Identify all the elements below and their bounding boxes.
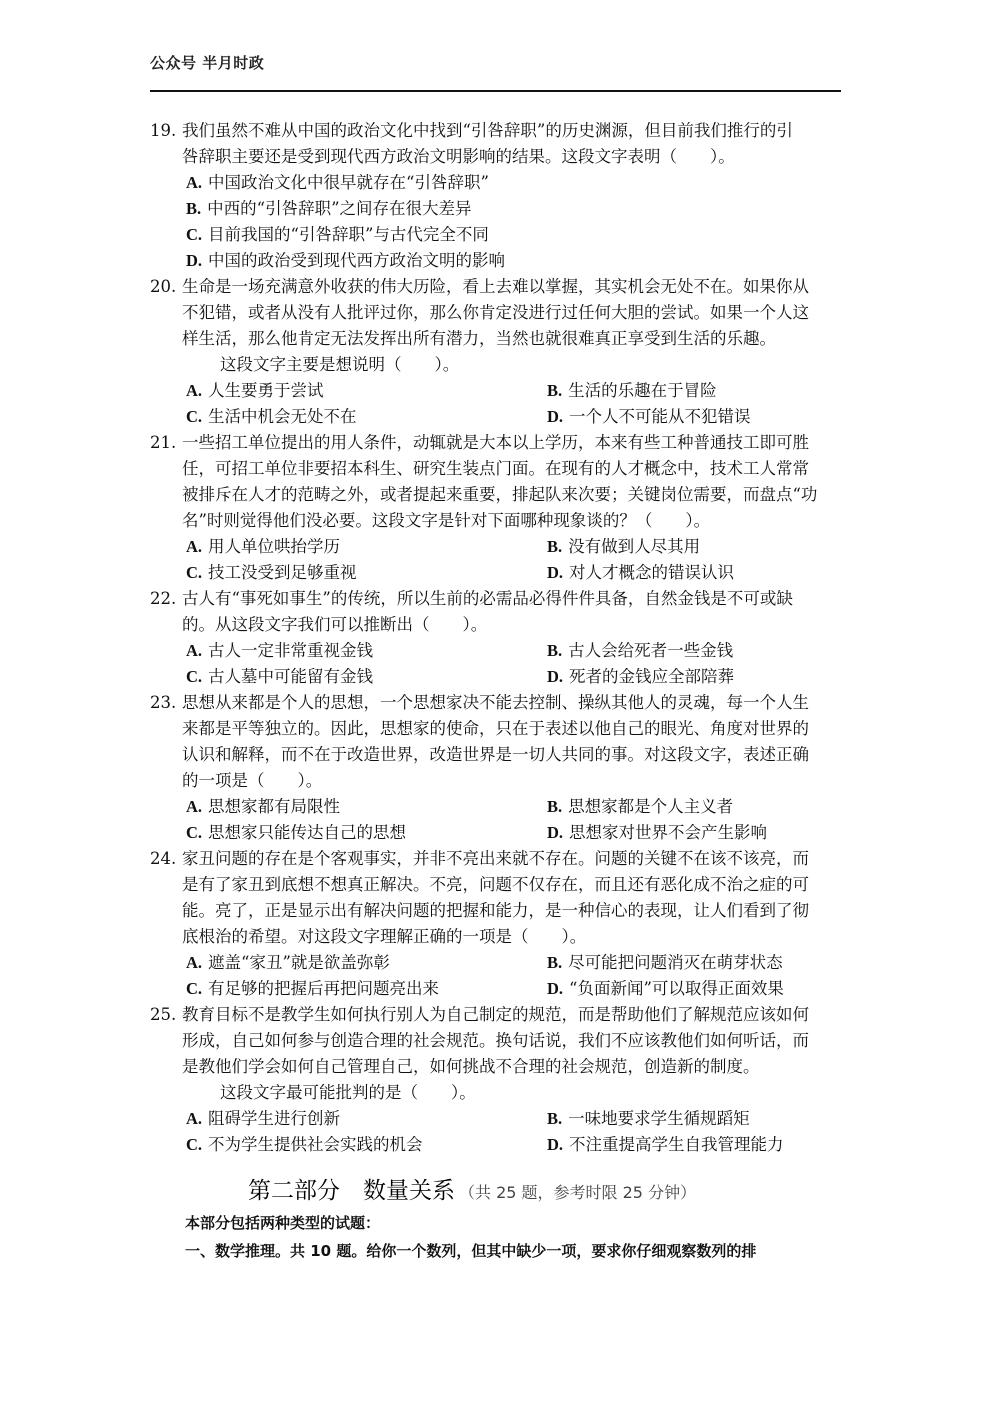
option-d: D.中国的政治受到现代西方政治文明的影响: [150, 248, 841, 274]
questions-container: 19.我们虽然不难从中国的政治文化中找到“引咎辞职”的历史渊源，但目前我们推行的…: [150, 118, 841, 1158]
question-24: 24.家丑问题的存在是个客观事实，并非不亮出来就不存在。问题的关键不在该不该亮，…: [150, 846, 841, 1002]
question-text: 样生活，那么他肯定无法发挥出所有潜力，当然也就很难真正享受到生活的乐趣。: [150, 326, 841, 352]
question-text: 家丑问题的存在是个客观事实，并非不亮出来就不存在。问题的关键不在该不该亮，而: [182, 849, 809, 868]
option-a: A.古人一定非常重视金钱: [186, 638, 373, 664]
option-d: D.一个人不可能从不犯错误: [547, 404, 751, 430]
options-row: A.用人单位哄抬学历 B.没有做到人尽其用: [150, 534, 841, 560]
option-c: C.古人墓中可能留有金钱: [186, 664, 373, 690]
option-a: A.阻碍学生进行创新: [186, 1106, 340, 1132]
option-c: C.不为学生提供社会实践的机会: [186, 1132, 423, 1158]
question-text: 形成，自己如何参与创造合理的社会规范。换句话说，我们不应该教他们如何听话，而: [150, 1028, 841, 1054]
option-d: D.不注重提高学生自我管理能力: [547, 1132, 784, 1158]
question-number: 21.: [150, 430, 182, 456]
options-row: C.不为学生提供社会实践的机会 D.不注重提高学生自我管理能力: [150, 1132, 841, 1158]
options-row: A.阻碍学生进行创新 B.一味地要求学生循规蹈矩: [150, 1106, 841, 1132]
question-number: 23.: [150, 690, 182, 716]
section-item-1: 一、数学推理。共 10 题。给你一个数列，但其中缺少一项，要求你仔细观察数列的排: [185, 1240, 756, 1261]
option-b: B.一味地要求学生循规蹈矩: [547, 1106, 750, 1132]
question-text: 任，可招工单位非要招本科生、研究生装点门面。在现有的人才概念中，技术工人常常: [150, 456, 841, 482]
option-a: A.思想家都有局限性: [186, 794, 340, 820]
option-c: C.有足够的把握后再把问题亮出来: [186, 976, 439, 1002]
question-text: 的一项是（ ）。: [150, 768, 841, 794]
section-intro: 本部分包括两种类型的试题：: [185, 1212, 380, 1233]
question-text: 不犯错，或者从没有人批评过你，那么你肯定没进行过任何大胆的尝试。如果一个人这: [150, 300, 841, 326]
option-c: C.生活中机会无处不在: [186, 404, 357, 430]
question-text: 的。从这段文字我们可以推断出（ ）。: [150, 612, 841, 638]
section-heading: 第二部分 数量关系（共 25 题，参考时限 25 分钟）: [248, 1172, 696, 1205]
options-row: A.遮盖“家丑”就是欲盖弥彰 B.尽可能把问题消灭在萌芽状态: [150, 950, 841, 976]
section-subtitle: （共 25 题，参考时限 25 分钟）: [459, 1183, 696, 1202]
question-text: 来都是平等独立的。因此，思想家的使命，只在于表述以他自己的眼光、角度对世界的: [150, 716, 841, 742]
options-row: C.技工没受到足够重视 D.对人才概念的错误认识: [150, 560, 841, 586]
question-text: 生命是一场充满意外收获的伟大历险，看上去难以掌握，其实机会无处不在。如果你从: [182, 277, 809, 296]
option-d: D.对人才概念的错误认识: [547, 560, 734, 586]
options-row: A.古人一定非常重视金钱 B.古人会给死者一些金钱: [150, 638, 841, 664]
option-a: A.中国政治文化中很早就存在“引咎辞职”: [150, 170, 841, 196]
question-text: 我们虽然不难从中国的政治文化中找到“引咎辞职”的历史渊源，但目前我们推行的引: [182, 121, 793, 140]
question-number: 22.: [150, 586, 182, 612]
option-b: B.思想家都是个人主义者: [547, 794, 733, 820]
options-row: C.思想家只能传达自己的思想 D.思想家对世界不会产生影响: [150, 820, 841, 846]
question-number: 25.: [150, 1002, 182, 1028]
option-b: B.没有做到人尽其用: [547, 534, 700, 560]
question-text: 名”时则觉得他们没必要。这段文字是针对下面哪种现象谈的？（ ）。: [150, 508, 841, 534]
option-b: B.生活的乐趣在于冒险: [547, 378, 717, 404]
option-c: C.目前我国的“引咎辞职”与古代完全不同: [150, 222, 841, 248]
option-d: D.“负面新闻”可以取得正面效果: [547, 976, 784, 1002]
question-text: 是教他们学会如何自己管理自己，如何挑战不合理的社会规范，创造新的制度。: [150, 1054, 841, 1080]
page-header: 公众号 半月时政: [150, 52, 264, 73]
header-divider: [150, 90, 841, 92]
question-text: 是有了家丑到底想不想真正解决。不亮，问题不仅存在，而且还有恶化成不治之症的可: [150, 872, 841, 898]
question-text: 古人有“事死如事生”的传统，所以生前的必需品必得件件具备，自然金钱是不可或缺: [182, 589, 793, 608]
section-title: 第二部分 数量关系: [248, 1178, 455, 1204]
question-25: 25.教育目标不是教学生如何执行别人为自己制定的规范，而是帮助他们了解规范应该如…: [150, 1002, 841, 1158]
option-b: B.尽可能把问题消灭在萌芽状态: [547, 950, 783, 976]
options-row: A.思想家都有局限性 B.思想家都是个人主义者: [150, 794, 841, 820]
options-row: C.古人墓中可能留有金钱 D.死者的金钱应全部陪葬: [150, 664, 841, 690]
question-number: 24.: [150, 846, 182, 872]
question-19: 19.我们虽然不难从中国的政治文化中找到“引咎辞职”的历史渊源，但目前我们推行的…: [150, 118, 841, 274]
question-text: 认识和解释，而不在于改造世界，改造世界是一切人共同的事。对这段文字，表述正确: [150, 742, 841, 768]
option-b: B.古人会给死者一些金钱: [547, 638, 733, 664]
options-row: A.人生要勇于尝试 B.生活的乐趣在于冒险: [150, 378, 841, 404]
option-c: C.思想家只能传达自己的思想: [186, 820, 406, 846]
question-text: 咎辞职主要还是受到现代西方政治文明影响的结果。这段文字表明（ ）。: [150, 144, 841, 170]
option-a: A.遮盖“家丑”就是欲盖弥彰: [186, 950, 390, 976]
options-row: C.生活中机会无处不在 D.一个人不可能从不犯错误: [150, 404, 841, 430]
question-22: 22.古人有“事死如事生”的传统，所以生前的必需品必得件件具备，自然金钱是不可或…: [150, 586, 841, 690]
option-b: B.中西的“引咎辞职”之间存在很大差异: [150, 196, 841, 222]
question-text: 能。亮了，正是显示出有解决问题的把握和能力，是一种信心的表现，让人们看到了彻: [150, 898, 841, 924]
option-c: C.技工没受到足够重视: [186, 560, 357, 586]
option-d: D.思想家对世界不会产生影响: [547, 820, 767, 846]
question-text: 底根治的希望。对这段文字理解正确的一项是（ ）。: [150, 924, 841, 950]
question-prompt: 这段文字主要是想说明（ ）。: [150, 352, 841, 378]
question-prompt: 这段文字最可能批判的是（ ）。: [150, 1080, 841, 1106]
question-text: 思想从来都是个人的思想，一个思想家决不能去控制、操纵其他人的灵魂，每一个人生: [182, 693, 809, 712]
question-21: 21.一些招工单位提出的用人条件，动辄就是大本以上学历，本来有些工种普通技工即可…: [150, 430, 841, 586]
question-20: 20.生命是一场充满意外收获的伟大历险，看上去难以掌握，其实机会无处不在。如果你…: [150, 274, 841, 430]
option-d: D.死者的金钱应全部陪葬: [547, 664, 734, 690]
option-a: A.人生要勇于尝试: [186, 378, 324, 404]
question-number: 20.: [150, 274, 182, 300]
question-text: 被排斥在人才的范畴之外，或者提起来重要，排起队来次要；关键岗位需要，而盘点“功: [150, 482, 841, 508]
option-a: A.用人单位哄抬学历: [186, 534, 340, 560]
question-text: 一些招工单位提出的用人条件，动辄就是大本以上学历，本来有些工种普通技工即可胜: [182, 433, 809, 452]
question-text: 教育目标不是教学生如何执行别人为自己制定的规范，而是帮助他们了解规范应该如何: [182, 1005, 809, 1024]
options-row: C.有足够的把握后再把问题亮出来 D.“负面新闻”可以取得正面效果: [150, 976, 841, 1002]
question-number: 19.: [150, 118, 182, 144]
question-23: 23.思想从来都是个人的思想，一个思想家决不能去控制、操纵其他人的灵魂，每一个人…: [150, 690, 841, 846]
